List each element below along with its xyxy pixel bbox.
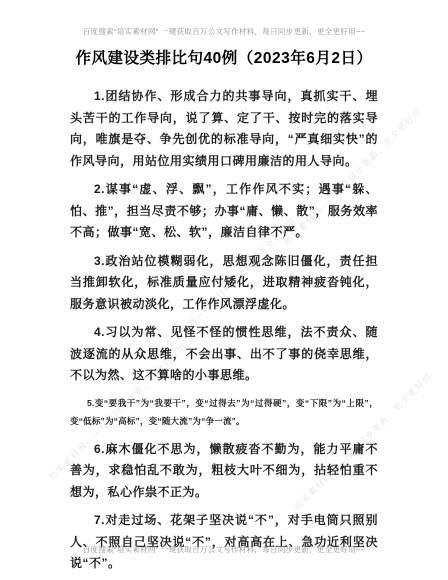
document-body: 作风建设类排比句40例（2023年6月2日） 1.团结协作、形成合力的共事导向，…: [70, 48, 378, 580]
header-promo-note: 百度搜索“培实素材网” 一键获取百万公文写作材料，每日同步更新，更全更好用~~: [0, 26, 448, 37]
footer-promo-note: 百度搜索“培实素材网” 一键获取百万公文写作材料，每日同步更新，更全更好用~~: [0, 544, 448, 555]
paragraph-6: 6.麻木僵化不思为，懒散疲沓不勤为，能力平庸不善为，求稳怕乱不敢为，粗枝大叶不细…: [70, 439, 378, 504]
document-page: 培实素材网——每日同步更新，更全更好用 培实素材网——每日同步更新，更全更好用 …: [0, 0, 448, 580]
paragraph-7: 7.对走过场、花架子坚决说“不”，对手电筒只照别人、不照自己坚决说“不”，对高高…: [70, 510, 378, 575]
paragraph-4: 4.习以为常、见怪不怪的惯性思维，法不责众、随波逐流的从众思维，不会出事、出不了…: [70, 322, 378, 387]
paragraph-3: 3.政治站位模糊弱化，思想观念陈旧僵化，责任担当推卸软化，标准质量应付矮化，进取…: [70, 251, 378, 316]
paragraph-2: 2.谋事“虚、浮、飘”，工作作风不实；遇事“躲、怕、推”，担当尽责不够；办事“庸…: [70, 179, 378, 244]
paragraph-1: 1.团结协作、形成合力的共事导向，真抓实干、埋头苦干的工作导向，说了算、定了干、…: [70, 86, 378, 172]
page-title: 作风建设类排比句40例（2023年6月2日）: [70, 48, 378, 70]
paragraph-5: 5.变“要我干”为“我要干”，变“过得去”为“过得硬”，变“下限”为“上限”，变…: [70, 394, 378, 430]
